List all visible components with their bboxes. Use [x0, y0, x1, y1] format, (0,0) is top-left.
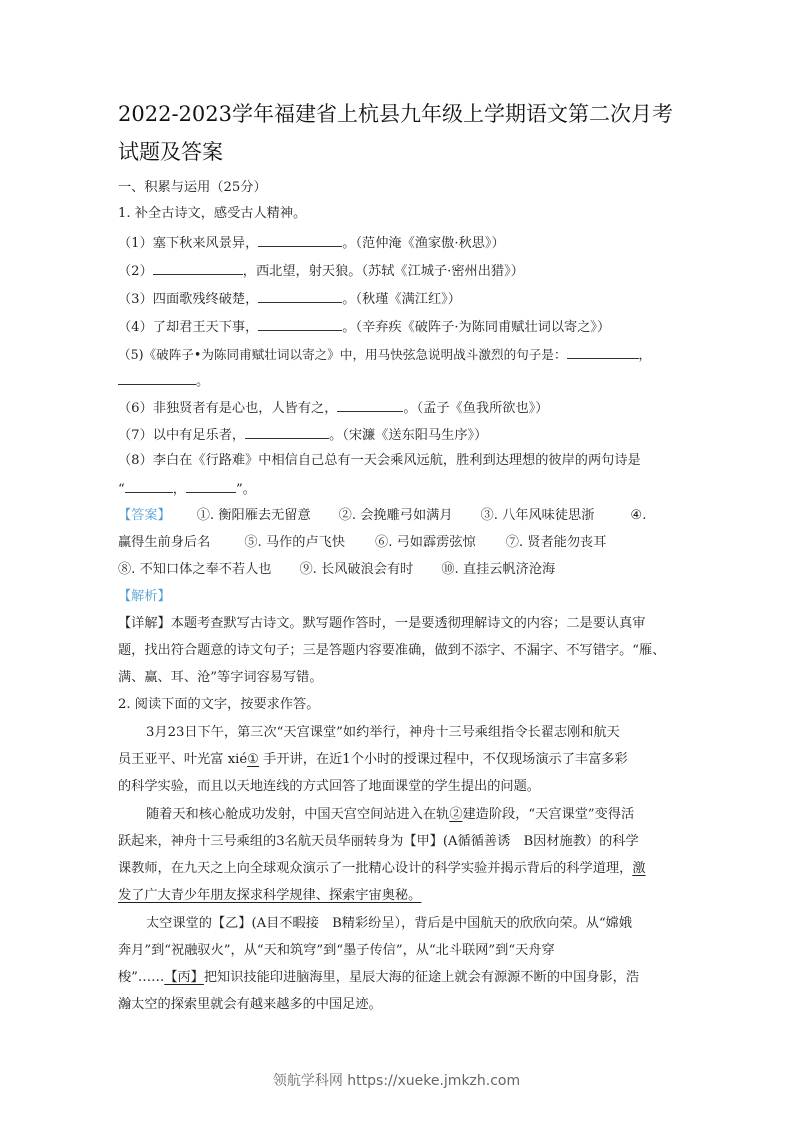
- q1-item-8: （8）李白在《行路难》中相信自己总有一天会乘风远航，胜利到达理想的彼岸的两句诗是: [118, 451, 641, 471]
- answer-blank: [153, 260, 243, 275]
- passage-p1-line1: 3月23日下午，第三次“天宫课堂”如约举行，神舟十三号乘组指令长翟志刚和航天: [146, 723, 620, 743]
- footer-watermark: 领航学科网 https://xueke.jmkzh.com: [0, 1070, 793, 1090]
- underlined-sentence: 发了广大青少年朋友探求科学规律、探索宇宙奥秘。: [118, 888, 421, 903]
- answer-line-2: 赢得生前身后名⑤. 马作的卢飞快⑥. 弓如霹雳弦惊⑦. 贤者能勿丧耳: [118, 533, 606, 553]
- answer-blank: [118, 370, 196, 385]
- q1-item-1: （1）塞下秋来风景异，。（范仲淹《渔家傲·秋思》）: [118, 232, 505, 254]
- analysis-detail-3: 满、赢、耳、沧”等字词容易写错。: [118, 668, 323, 688]
- passage-p2-line2: 跃起来，神舟十三号乘组的3名航天员华丽转身为【甲】(A循循善诱 B因材施教）的科…: [118, 832, 639, 852]
- mark-2: ②: [449, 807, 462, 822]
- document-title-line2: 试题及答案: [118, 128, 688, 176]
- question-2-stem: 2. 阅读下面的文字，按要求作答。: [118, 695, 319, 715]
- answer-line-1: 【答案】①. 衡阳雁去无留意②. 会挽雕弓如满月③. 八年风味徒思浙④.: [118, 506, 646, 526]
- section-heading: 一、积累与运用（25分）: [118, 178, 267, 198]
- question-1-stem: 1. 补全古诗文，感受古人精神。: [118, 204, 306, 224]
- underlined-sentence: 激: [632, 861, 645, 876]
- passage-p3-line4: 瀚太空的探索里就会有越来越多的中国足迹。: [118, 995, 382, 1015]
- answer-line-3: ⑧. 不知口体之奉不若人也⑨. 长风破浪会有时⑩. 直挂云帆济沧海: [118, 560, 555, 580]
- answer-blank: [337, 397, 403, 412]
- answer-blank: [258, 316, 342, 331]
- answer-blank: [245, 424, 329, 439]
- analysis-detail-2: 题，找出符合题意的诗文句子；三是答题内容要准确，做到不添字、不漏字、不写错字。“…: [118, 641, 665, 661]
- analysis-detail-1: 【详解】本题考查默写古诗文。默写题作答时，一是要透彻理解诗文的内容；二是要认真审: [118, 614, 646, 634]
- q1-item-6: （6）非独贤者有是心也，人皆有之，。（孟子《鱼我所欲也》）: [118, 397, 548, 419]
- answer-blank: [186, 478, 236, 493]
- mark-1: ①: [247, 752, 259, 767]
- passage-p3-line2: 奔月”到“祝融驭火”，从“天和筑穹”到“墨子传信”，从“北斗联网”到“天舟穿: [118, 941, 555, 961]
- q1-item-4: （4）了却君王天下事，。（辛弃疾《破阵子·为陈同甫赋壮词以寄之》）: [118, 316, 610, 338]
- q1-item-3: （3）四面歌残终破楚，。（秋瑾《满江红》）: [118, 288, 461, 310]
- passage-p3-line1: 太空课堂的【乙】(A目不暇接 B精彩纷呈），背后是中国航天的欣欣向荣。从“嫦娥: [146, 914, 632, 934]
- passage-p2-line3: 课教师，在九天之上向全球观众演示了一批精心设计的科学实验并揭示背后的科学道理，激: [118, 859, 646, 879]
- passage-p1-line2: 员王亚平、叶光富 xié① 手开讲，在近1个小时的授课过程中，不仅现场演示了丰富…: [118, 750, 628, 770]
- passage-p2-line4: 发了广大青少年朋友探求科学规律、探索宇宙奥秘。: [118, 886, 421, 906]
- q1-item-2: （2），西北望，射天狼。（苏轼《江城子·密州出猎》）: [118, 260, 524, 282]
- q1-item-5: （5)《破阵子•为陈同甫赋壮词以寄之》中，用马快弦急说明战斗激烈的句子是：，: [118, 344, 651, 365]
- q1-item-5-cont: 。: [118, 370, 209, 392]
- answer-label: 【答案】: [118, 508, 171, 523]
- answer-blank: [125, 478, 173, 493]
- analysis-label: 【解析】: [118, 587, 171, 607]
- q1-item-8-cont: “，”。: [118, 478, 256, 500]
- answer-blank: [258, 288, 342, 303]
- passage-p1-line3: 的科学实验，而且以天地连线的方式回答了地面课堂的学生提出的问题。: [118, 777, 540, 797]
- answer-blank: [258, 232, 342, 247]
- passage-p3-line3: 梭”……【丙】把知识技能印进脑海里，星辰大海的征途上就会有源源不断的中国身影，浩: [118, 968, 639, 988]
- answer-blank: [567, 344, 639, 359]
- q1-item-7: （7）以中有足乐者，。（宋濂《送东阳马生序》）: [118, 424, 487, 446]
- passage-p2-line1: 随着天和核心舱成功发射，中国天宫空间站进入在轨②建造阶段，“天宫课堂”变得活: [146, 805, 634, 825]
- blank-bing: 【丙】: [164, 970, 204, 985]
